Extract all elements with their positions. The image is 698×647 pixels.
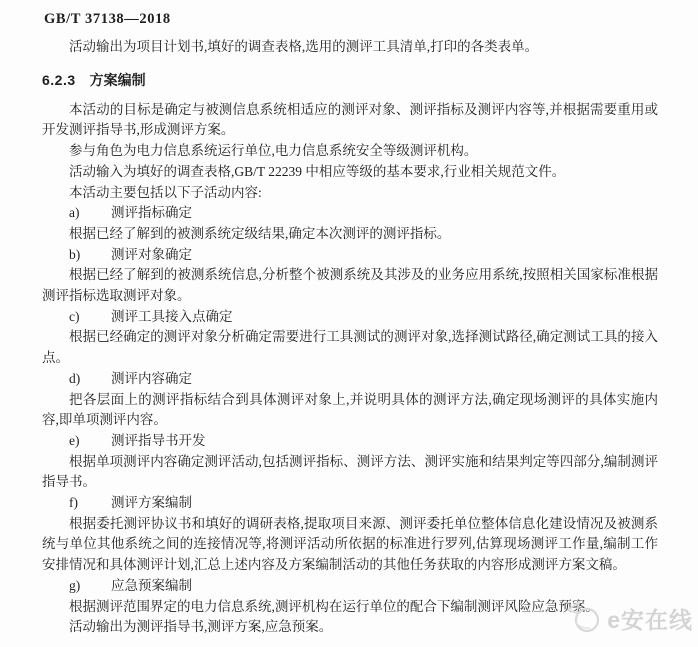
item-body: 根据已经确定的测评对象分析确定需要进行工具测试的测评对象,选择测试路径,确定测试… (42, 327, 658, 368)
standard-number-header: GB/T 37138—2018 (44, 8, 658, 30)
item-title: 测评工具接入点确定 (111, 309, 233, 324)
item-title: 测评内容确定 (111, 371, 192, 386)
roles-paragraph: 参与角色为电力信息系统运行单位,电力信息系统安全等级测评机构。 (42, 141, 658, 162)
item-head: a)测评指标确定 (42, 203, 658, 224)
item-head: c)测评工具接入点确定 (42, 307, 658, 328)
item-label: d) (69, 369, 111, 390)
item-head: g)应急预案编制 (42, 576, 658, 597)
list-item-e: e)测评指导书开发 根据单项测评内容确定测评活动,包括测评指标、测评方法、测评实… (42, 431, 658, 493)
list-item-a: a)测评指标确定 根据已经了解到的被测系统定级结果,确定本次测评的测评指标。 (42, 203, 658, 244)
list-item-d: d)测评内容确定 把各层面上的测评指标结合到具体测评对象上,并说明具体的测评方法… (42, 369, 658, 431)
item-head: b)测评对象确定 (42, 245, 658, 266)
item-body: 根据已经了解到的被测系统信息,分析整个被测系统及其涉及的业务应用系统,按照相关国… (42, 265, 658, 306)
list-item-c: c)测评工具接入点确定 根据已经确定的测评对象分析确定需要进行工具测试的测评对象… (42, 307, 658, 369)
item-body: 根据已经了解到的被测系统定级结果,确定本次测评的测评指标。 (42, 224, 658, 245)
item-head: d)测评内容确定 (42, 369, 658, 390)
section-heading: 6.2.3方案编制 (42, 70, 658, 90)
item-label: c) (69, 307, 111, 328)
document-page: GB/T 37138—2018 活动输出为项目计划书,填好的调查表格,选用的测评… (0, 0, 698, 647)
item-head: f)测评方案编制 (42, 493, 658, 514)
input-paragraph: 活动输入为填好的调查表格,GB/T 22239 中相应等级的基本要求,行业相关规… (42, 162, 658, 183)
item-head: e)测评指导书开发 (42, 431, 658, 452)
list-item-g: g)应急预案编制 根据测评范围界定的电力信息系统,测评机构在运行单位的配合下编制… (42, 576, 658, 617)
item-label: f) (69, 493, 111, 514)
item-label: e) (69, 431, 111, 452)
includes-paragraph: 本活动主要包括以下子活动内容: (42, 183, 658, 204)
intro-paragraph: 活动输出为项目计划书,填好的调查表格,选用的测评工具清单,打印的各类表单。 (42, 37, 658, 58)
section-number: 6.2.3 (42, 72, 76, 88)
item-title: 应急预案编制 (111, 578, 192, 593)
section-title: 方案编制 (90, 72, 146, 88)
list-item-f: f)测评方案编制 根据委托测评协议书和填好的调研表格,提取项目来源、测评委托单位… (42, 493, 658, 576)
item-label: g) (69, 576, 111, 597)
item-label: b) (69, 245, 111, 266)
goal-paragraph: 本活动的目标是确定与被测信息系统相适应的测评对象、测评指标及测评内容等,并根据需… (42, 100, 658, 141)
item-label: a) (69, 203, 111, 224)
output-paragraph: 活动输出为测评指导书,测评方案,应急预案。 (42, 617, 658, 638)
item-title: 测评方案编制 (111, 495, 192, 510)
list-item-b: b)测评对象确定 根据已经了解到的被测系统信息,分析整个被测系统及其涉及的业务应… (42, 245, 658, 307)
item-body: 把各层面上的测评指标结合到具体测评对象上,并说明具体的测评方法,确定现场测评的具… (42, 390, 658, 431)
item-body: 根据委托测评协议书和填好的调研表格,提取项目来源、测评委托单位整体信息化建设情况… (42, 514, 658, 576)
item-title: 测评指标确定 (111, 205, 192, 220)
item-title: 测评对象确定 (111, 247, 192, 262)
item-title: 测评指导书开发 (111, 433, 206, 448)
item-body: 根据单项测评内容确定测评活动,包括测评指标、测评方法、测评实施和结果判定等四部分… (42, 452, 658, 493)
item-body: 根据测评范围界定的电力信息系统,测评机构在运行单位的配合下编制测评风险应急预案。 (42, 597, 658, 618)
